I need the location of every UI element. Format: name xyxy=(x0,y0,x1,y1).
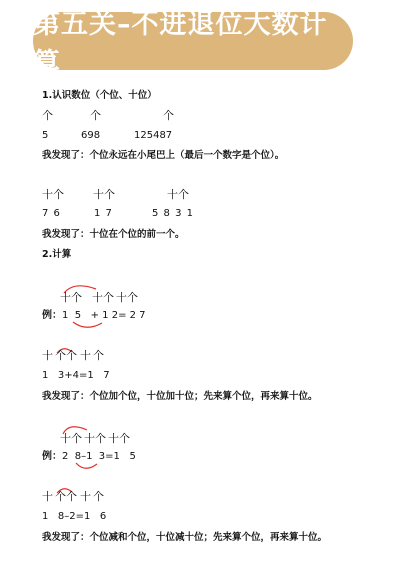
ones-connector-arc xyxy=(75,461,101,471)
page-title: 第五关–不进退位大数计算 xyxy=(33,2,353,80)
place-marker: 十 xyxy=(42,491,53,503)
place-marker: 个 xyxy=(103,292,114,304)
place-marker: 个 xyxy=(71,433,82,445)
number-example-2: 5 8 3 1 xyxy=(152,208,194,220)
tens-ones-marker: 十个 xyxy=(93,189,115,201)
vertical-expression: 1 8–2=1 6 xyxy=(42,511,106,523)
place-marker: 十 xyxy=(60,433,71,445)
place-marker: 十 xyxy=(108,433,119,445)
finding-addition: 我发现了：个位加个位，十位加十位；先来算个位，再来算十位。 xyxy=(42,391,318,403)
place-marker: 十 xyxy=(80,350,91,362)
place-marker: 个 xyxy=(93,491,104,503)
place-marker: 十 xyxy=(60,292,71,304)
place-marker: 个 xyxy=(95,433,106,445)
place-marker: 个 xyxy=(119,433,130,445)
number-example: 698 xyxy=(81,130,100,142)
ones-marker: 个 xyxy=(90,110,101,122)
place-marker: 个 xyxy=(55,491,66,503)
vertical-expression: 1 3+4=1 7 xyxy=(42,370,110,382)
example-label: 例： xyxy=(42,451,62,463)
place-marker: 十 xyxy=(84,433,95,445)
ones-marker: 个 xyxy=(42,110,53,122)
title-banner: 第五关–不进退位大数计算 xyxy=(33,12,353,70)
place-marker: 个 xyxy=(66,350,77,362)
place-marker: 个 xyxy=(127,292,138,304)
ones-marker: 个 xyxy=(163,110,174,122)
place-marker: 十 xyxy=(42,350,53,362)
finding-tens: 我发现了：十位在个位的前一个。 xyxy=(42,229,185,241)
place-marker: 十 xyxy=(116,292,127,304)
ones-connector-arc xyxy=(72,320,106,330)
section1-heading: 1.认识数位（个位、十位） xyxy=(42,90,157,102)
tens-ones-marker: 十个 xyxy=(167,189,189,201)
finding-ones: 我发现了：个位永远在小尾巴上（最后一个数字是个位）。 xyxy=(42,150,284,162)
place-marker: 个 xyxy=(93,350,104,362)
number-example: 5 xyxy=(42,130,48,142)
number-example: 125487 xyxy=(134,130,172,142)
section2-heading: 2.计算 xyxy=(42,249,71,261)
example-label: 例： xyxy=(42,310,62,322)
place-marker: 个 xyxy=(66,491,77,503)
place-marker: 个 xyxy=(55,350,66,362)
tens-ones-marker: 十个 xyxy=(42,189,64,201)
place-marker: 个 xyxy=(71,292,82,304)
number-example-2: 1 7 xyxy=(94,208,113,220)
place-marker: 十 xyxy=(92,292,103,304)
place-marker: 十 xyxy=(80,491,91,503)
number-example-2: 7 6 xyxy=(42,208,61,220)
finding-subtraction: 我发现了：个位减和个位，十位减十位；先来算个位，再来算十位。 xyxy=(42,532,327,544)
